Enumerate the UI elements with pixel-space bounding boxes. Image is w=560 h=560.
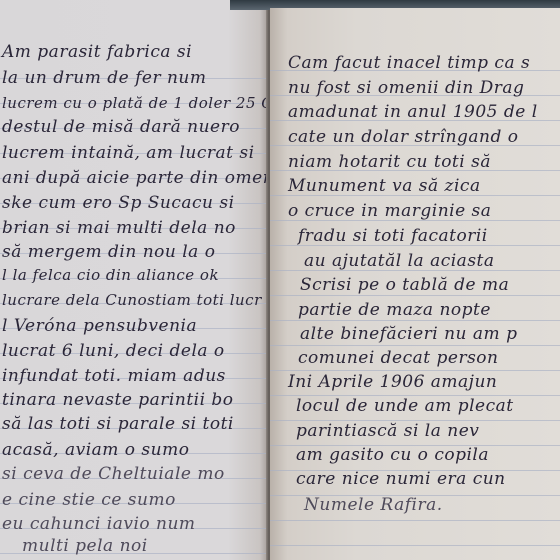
rule-line — [270, 320, 560, 321]
handwritten-line: au ajutatăl la aciasta — [304, 251, 495, 271]
rule-line — [270, 295, 560, 296]
handwritten-line: partie de maza nopte — [298, 300, 491, 320]
handwritten-line: lucrare dela Cunostiam toti lucr — [2, 291, 262, 309]
handwritten-line: o cruce in marginie sa — [288, 201, 491, 221]
handwritten-line: e cine stie ce sumo — [2, 490, 176, 510]
right-page: Cam facut inacel timp ca s nu fost si om… — [270, 8, 560, 560]
handwritten-line: Scrisi pe o tablă de ma — [300, 275, 509, 295]
handwritten-line: si ceva de Cheltuiale mo — [2, 464, 225, 484]
handwritten-line: Cam facut inacel timp ca s — [288, 53, 530, 73]
handwritten-line: eu cahunci iavio num — [2, 514, 196, 534]
handwritten-line: care nice numi era cun — [296, 469, 506, 489]
handwritten-line: ani după aicie parte din omen — [2, 168, 268, 188]
handwritten-line: să mergem din nou la o — [2, 242, 215, 262]
handwritten-line: destul de misă dară nuero — [2, 117, 240, 137]
handwritten-line: amadunat in anul 1905 de l — [288, 102, 538, 122]
handwritten-line: parintiască si la nev — [296, 421, 479, 441]
handwritten-line: la un drum de fer num — [2, 68, 207, 88]
handwritten-line: l Veróna pensubvenia — [2, 316, 197, 336]
handwritten-line: brian si mai multi dela no — [2, 218, 236, 238]
rule-line — [270, 520, 560, 521]
handwritten-line: Am parasit fabrica si — [2, 42, 192, 62]
rule-line — [270, 345, 560, 346]
handwritten-line: lucrem intaină, am lucrat si — [2, 143, 255, 163]
handwritten-line: acasă, aviam o sumo — [2, 440, 189, 460]
handwritten-line: ske cum ero Sp Sucacu si — [2, 193, 235, 213]
handwritten-line: Munument va să zica — [288, 176, 481, 196]
handwritten-line: locul de unde am plecat — [296, 396, 514, 416]
handwritten-line: cate un dolar strîngand o — [288, 127, 519, 147]
handwritten-line: infundat toti. miam adus — [2, 366, 226, 386]
handwritten-line: lucrem cu o plată de 1 doler 25 Cen — [2, 94, 268, 112]
notebook-spread: Am parasit fabrica si la un drum de fer … — [0, 0, 560, 560]
handwritten-line: să las toti si parale si toti — [2, 414, 234, 434]
handwritten-line: l la felca cio din aliance ok — [2, 266, 219, 284]
handwritten-line: nu fost si omenii din Drag — [288, 78, 524, 98]
rule-line — [270, 545, 560, 546]
left-page: Am parasit fabrica si la un drum de fer … — [0, 0, 268, 560]
handwritten-line: comunei decat person — [298, 348, 499, 368]
handwritten-line: alte binefăcieri nu am p — [300, 324, 517, 344]
rule-line — [270, 370, 560, 371]
handwritten-line: multi pela noi — [22, 536, 148, 556]
handwritten-line: fradu si toti facatorii — [298, 226, 488, 246]
handwritten-line: niam hotarit cu toti să — [288, 152, 491, 172]
handwritten-line: lucrat 6 luni, deci dela o — [2, 341, 225, 361]
handwritten-line: am gasito cu o copila — [296, 445, 489, 465]
handwritten-line: Ini Aprile 1906 amajun — [288, 372, 497, 392]
handwritten-line: tinara nevaste parintii bo — [2, 390, 234, 410]
handwritten-line: Numele Rafira. — [304, 495, 443, 515]
